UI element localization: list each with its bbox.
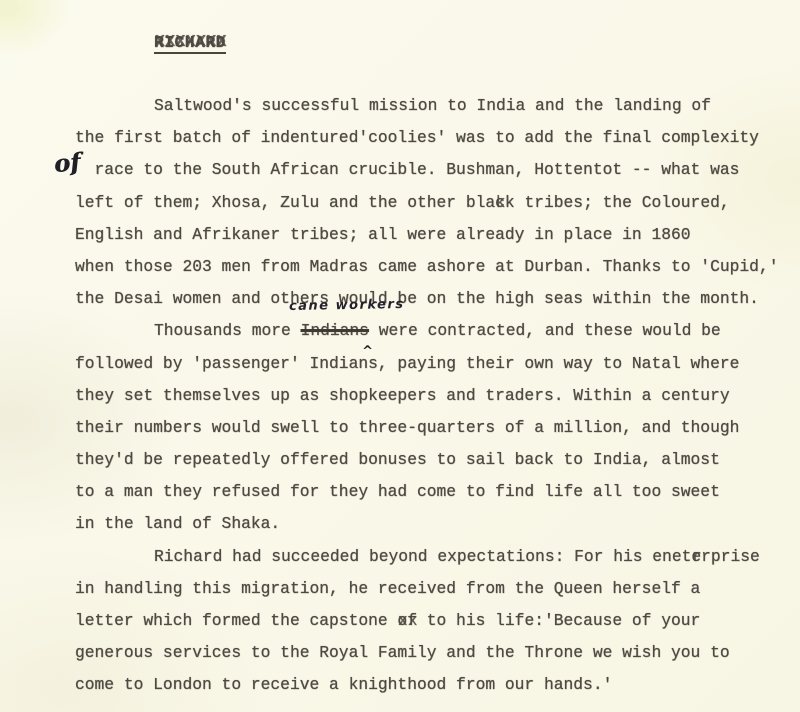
text-line: the Desai women and others would be on t… (75, 283, 790, 315)
typed-text: in the land of Shaka. (75, 514, 280, 533)
typed-text: rprise (701, 547, 760, 566)
typed-text: race to the South African crucible. Bush… (75, 160, 739, 179)
typed-text: were contracted, and these would be (369, 321, 721, 340)
text-line: in the land of Shaka. (75, 508, 790, 540)
overstrike-overlay: xx (398, 605, 418, 637)
paragraph-2: Thousands more Indianscane workers^ were… (75, 315, 790, 540)
text-line: to a man they refused for they had come … (75, 476, 790, 508)
text-line: when those 203 men from Madras came asho… (75, 251, 790, 283)
text-line: letter which formed the capstone ofxx to… (75, 605, 790, 637)
overstrike-overlay: r (692, 541, 702, 573)
text-line: English and Afrikaner tribes; all were a… (75, 219, 790, 251)
text-line: generous services to the Royal Family an… (75, 637, 790, 669)
text-line: they'd be repeatedly offered bonuses to … (75, 444, 790, 476)
text-line: Saltwood's successful mission to India a… (75, 90, 790, 122)
typed-text: the Desai women and others would be on t… (75, 289, 759, 308)
typed-overstrike: ofxx (397, 605, 417, 637)
text-line: in handling this migration, he received … (75, 573, 790, 605)
text-line: their numbers would swell to three-quart… (75, 412, 790, 444)
page-header-struck-title: RICHARD XXXXXXX (154, 33, 226, 54)
typed-text: their numbers would swell to three-quart… (75, 418, 739, 437)
handwritten-replacement-label: cane workers (288, 298, 404, 313)
handwritten-insertion-of: of (53, 150, 81, 176)
typed-text: Richard had succeeded beyond expectation… (154, 547, 691, 566)
typed-text: when those 203 men from Madras came asho… (75, 257, 778, 276)
text-line: they set themselves up as shopkeepers an… (75, 380, 790, 412)
paragraph-1: Saltwood's successful mission to India a… (75, 90, 790, 315)
typed-text: followed by 'passenger' Indians, paying … (75, 354, 739, 373)
overstrike-overlay: k (496, 187, 506, 219)
typed-overstrike: ck (495, 187, 505, 219)
edited-word-group: Indianscane workers^ (301, 315, 369, 347)
paragraph-3: Richard had succeeded beyond expectation… (75, 541, 790, 702)
text-line: the first batch of indentured'coolies' w… (75, 122, 790, 154)
typed-text: left of them; Xhosa, Zulu and the other … (75, 193, 495, 212)
text-line: come to London to receive a knighthood f… (75, 669, 790, 701)
header-overstrike-marks: XXXXXXX (155, 32, 227, 51)
typed-text: Thousands more (154, 321, 301, 340)
typed-text: generous services to the Royal Family an… (75, 643, 730, 662)
typed-text: Saltwood's successful mission to India a… (154, 96, 711, 115)
typed-text: they set themselves up as shopkeepers an… (75, 386, 730, 405)
struck-out-word: Indians (301, 321, 369, 340)
typed-text: English and Afrikaner tribes; all were a… (75, 225, 691, 244)
text-line: of race to the South African crucible. B… (75, 154, 790, 186)
text-line: left of them; Xhosa, Zulu and the other … (75, 187, 790, 219)
typed-text: to his life:'Because of your (417, 611, 700, 630)
typed-text: in handling this migration, he received … (75, 579, 700, 598)
text-line: followed by 'passenger' Indians, paying … (75, 348, 790, 380)
typed-text: the first batch of indentured'coolies' w… (75, 128, 759, 147)
text-line: Thousands more Indianscane workers^ were… (75, 315, 790, 347)
scanned-manuscript-page: RICHARD XXXXXXX Saltwood's successful mi… (0, 0, 800, 712)
typed-text: they'd be repeatedly offered bonuses to … (75, 450, 720, 469)
typed-text: come to London to receive a knighthood f… (75, 675, 612, 694)
typed-overstrike: er (691, 541, 701, 573)
typed-text: letter which formed the capstone (75, 611, 397, 630)
document-body: Saltwood's successful mission to India a… (75, 90, 790, 702)
text-line: Richard had succeeded beyond expectation… (75, 541, 790, 573)
typed-text: k tribes; the Coloured, (505, 193, 730, 212)
typed-text: to a man they refused for they had come … (75, 482, 720, 501)
